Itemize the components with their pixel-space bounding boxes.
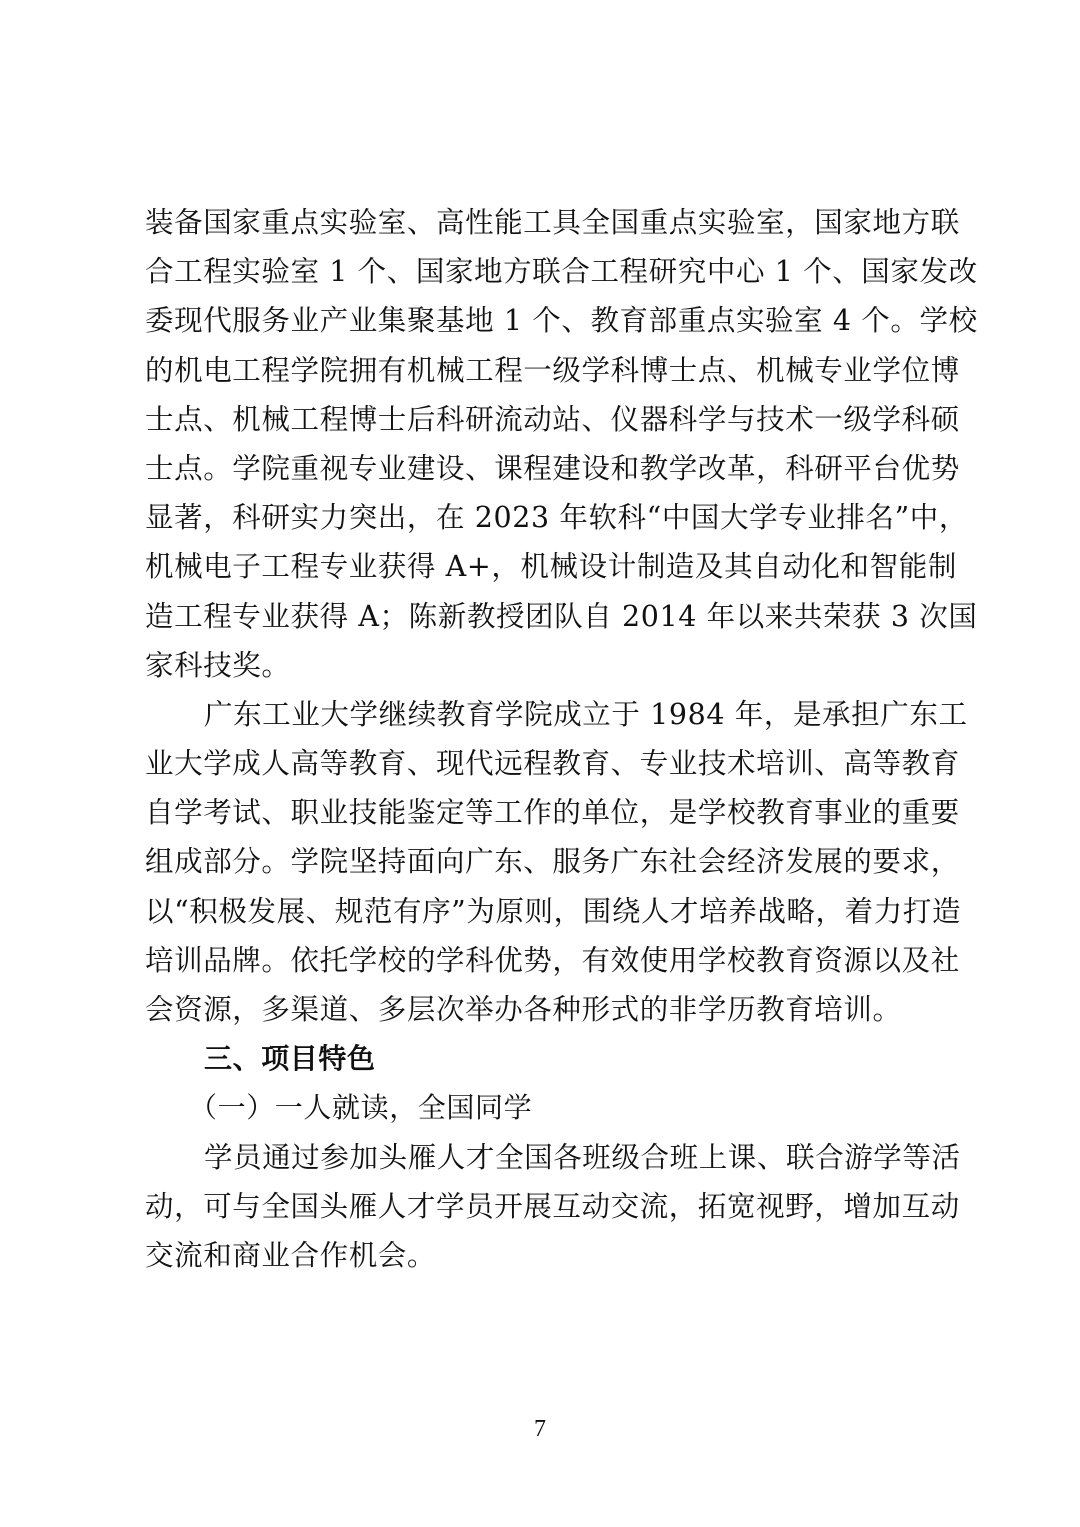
text-line: 培训品牌。依托学校的学科优势，有效使用学校教育资源以及社 [145,936,947,985]
text-line: 委现代服务业产业集聚基地 1 个、教育部重点实验室 4 个。学校 [145,296,947,345]
paragraph-continuing-education: 广东工业大学继续教育学院成立于 1984 年，是承担广东工 业大学成人高等教育、… [145,690,947,1034]
body-text: 装备国家重点实验室、高性能工具全国重点实验室，国家地方联 合工程实验室 1 个、… [145,198,947,1280]
text-line: 交流和商业合作机会。 [145,1231,947,1280]
text-line: 士点、机械工程博士后科研流动站、仪器科学与技术一级学科硕 [145,395,947,444]
subsection-heading: （一）一人就读，全国同学 [145,1083,947,1132]
text-line: 士点。学院重视专业建设、课程建设和教学改革，科研平台优势 [145,444,947,493]
text-line: 广东工业大学继续教育学院成立于 1984 年，是承担广东工 [145,690,947,739]
text-line: 学员通过参加头雁人才全国各班级合班上课、联合游学等活 [145,1133,947,1182]
paragraph-feature: 学员通过参加头雁人才全国各班级合班上课、联合游学等活 动，可与全国头雁人才学员开… [145,1133,947,1281]
text-line: 自学考试、职业技能鉴定等工作的单位，是学校教育事业的重要 [145,788,947,837]
paragraph-labs: 装备国家重点实验室、高性能工具全国重点实验室，国家地方联 合工程实验室 1 个、… [145,198,947,690]
text-line: 组成部分。学院坚持面向广东、服务广东社会经济发展的要求， [145,837,947,886]
text-line: 显著，科研实力突出，在 2023 年软科“中国大学专业排名”中， [145,493,947,542]
page-number: 7 [0,1416,1080,1443]
text-line: 机械电子工程专业获得 A+，机械设计制造及其自动化和智能制 [145,542,947,591]
text-line: 装备国家重点实验室、高性能工具全国重点实验室，国家地方联 [145,198,947,247]
text-line: 会资源，多渠道、多层次举办各种形式的非学历教育培训。 [145,985,947,1034]
text-line: 造工程专业获得 A；陈新教授团队自 2014 年以来共荣获 3 次国 [145,592,947,641]
text-line: 合工程实验室 1 个、国家地方联合工程研究中心 1 个、国家发改 [145,247,947,296]
document-page: 装备国家重点实验室、高性能工具全国重点实验室，国家地方联 合工程实验室 1 个、… [0,0,1080,1527]
text-line: 业大学成人高等教育、现代远程教育、专业技术培训、高等教育 [145,739,947,788]
text-line: 以“积极发展、规范有序”为原则，围绕人才培养战略，着力打造 [145,887,947,936]
text-line: 动，可与全国头雁人才学员开展互动交流，拓宽视野，增加互动 [145,1182,947,1231]
text-line: 的机电工程学院拥有机械工程一级学科博士点、机械专业学位博 [145,346,947,395]
text-line: 家科技奖。 [145,641,947,690]
section-heading: 三、项目特色 [145,1034,947,1083]
